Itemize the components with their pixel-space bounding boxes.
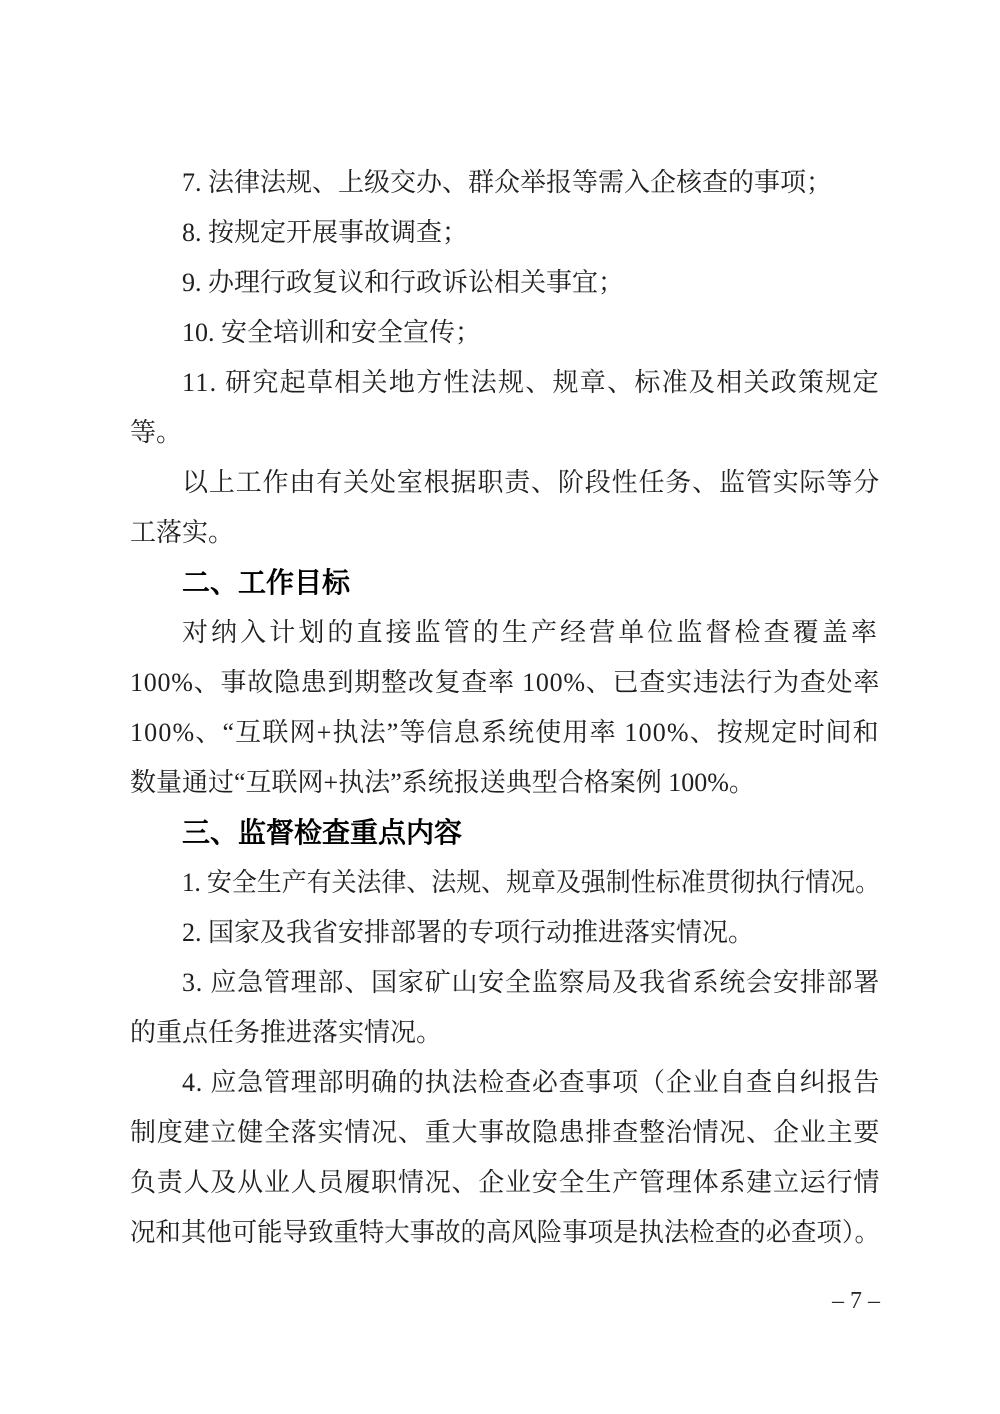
line-text: 数量通过“互联网+执法”系统报送典型合格案例 100%。 [130,758,755,808]
text-line-item-7: 7. 法律法规、上级交办、群众举报等需入企核查的事项； [130,158,880,208]
line-text: 4. 应急管理部明确的执法检查必查事项（企业自查自纠报告 [182,1058,880,1108]
line-text: 3. 应急管理部、国家矿山安全监察局及我省系统会安排部署 [182,958,880,1008]
text-line-goals-line-3: 100%、“互联网+执法”等信息系统使用率 100%、按规定时间和 [130,708,880,758]
line-text: 三、监督检查重点内容 [182,808,462,858]
document-page: 7. 法律法规、上级交办、群众举报等需入企核查的事项；8. 按规定开展事故调查；… [0,0,1000,1414]
text-line-closing-note-line-1: 以上工作由有关处室根据职责、阶段性任务、监管实际等分 [130,458,880,508]
text-line-point-4-line-2: 制度建立健全落实情况、重大事故隐患排查整治情况、企业主要 [130,1108,880,1158]
document-body: 7. 法律法规、上级交办、群众举报等需入企核查的事项；8. 按规定开展事故调查；… [130,158,880,1258]
text-line-point-4-line-4: 况和其他可能导致重特大事故的高风险事项是执法检查的必查项）。 [130,1208,880,1258]
line-text: 二、工作目标 [182,558,350,608]
line-text: 11. 研究起草相关地方性法规、规章、标准及相关政策规定 [182,358,880,408]
text-line-point-3-line-2: 的重点任务推进落实情况。 [130,1008,880,1058]
page-number: – 7 – [832,1283,880,1319]
line-text: 1. 安全生产有关法律、法规、规章及强制性标准贯彻执行情况。 [182,858,880,908]
line-text: 等。 [130,408,182,458]
line-text: 以上工作由有关处室根据职责、阶段性任务、监管实际等分 [182,458,880,508]
line-text: 100%、“互联网+执法”等信息系统使用率 100%、按规定时间和 [130,708,880,758]
text-line-closing-note-line-2: 工落实。 [130,508,880,558]
text-line-goals-line-4: 数量通过“互联网+执法”系统报送典型合格案例 100%。 [130,758,880,808]
line-text: 对纳入计划的直接监管的生产经营单位监督检查覆盖率 [182,608,880,658]
section-heading-section-3-heading: 三、监督检查重点内容 [130,808,880,858]
line-text: 7. 法律法规、上级交办、群众举报等需入企核查的事项； [182,158,832,208]
text-line-point-2: 2. 国家及我省安排部署的专项行动推进落实情况。 [130,908,880,958]
text-line-item-11-line-2: 等。 [130,408,880,458]
line-text: 的重点任务推进落实情况。 [130,1008,442,1058]
line-text: 8. 按规定开展事故调查； [182,208,468,258]
text-line-item-11-line-1: 11. 研究起草相关地方性法规、规章、标准及相关政策规定 [130,358,880,408]
line-text: 100%、事故隐患到期整改复查率 100%、已查实违法行为查处率 [130,658,880,708]
line-text: 况和其他可能导致重特大事故的高风险事项是执法检查的必查项）。 [130,1208,880,1258]
line-text: 10. 安全培训和安全宣传； [182,308,481,358]
text-line-point-1: 1. 安全生产有关法律、法规、规章及强制性标准贯彻执行情况。 [130,858,880,908]
section-heading-section-2-heading: 二、工作目标 [130,558,880,608]
text-line-point-4-line-3: 负责人及从业人员履职情况、企业安全生产管理体系建立运行情 [130,1158,880,1208]
text-line-point-3-line-1: 3. 应急管理部、国家矿山安全监察局及我省系统会安排部署 [130,958,880,1008]
text-line-goals-line-2: 100%、事故隐患到期整改复查率 100%、已查实违法行为查处率 [130,658,880,708]
line-text: 制度建立健全落实情况、重大事故隐患排查整治情况、企业主要 [130,1108,880,1158]
line-text: 负责人及从业人员履职情况、企业安全生产管理体系建立运行情 [130,1158,880,1208]
line-text: 工落实。 [130,508,234,558]
text-line-goals-line-1: 对纳入计划的直接监管的生产经营单位监督检查覆盖率 [130,608,880,658]
text-line-item-10: 10. 安全培训和安全宣传； [130,308,880,358]
line-text: 9. 办理行政复议和行政诉讼相关事宜； [182,258,624,308]
line-text: 2. 国家及我省安排部署的专项行动推进落实情况。 [182,908,754,958]
text-line-point-4-line-1: 4. 应急管理部明确的执法检查必查事项（企业自查自纠报告 [130,1058,880,1108]
text-line-item-9: 9. 办理行政复议和行政诉讼相关事宜； [130,258,880,308]
text-line-item-8: 8. 按规定开展事故调查； [130,208,880,258]
